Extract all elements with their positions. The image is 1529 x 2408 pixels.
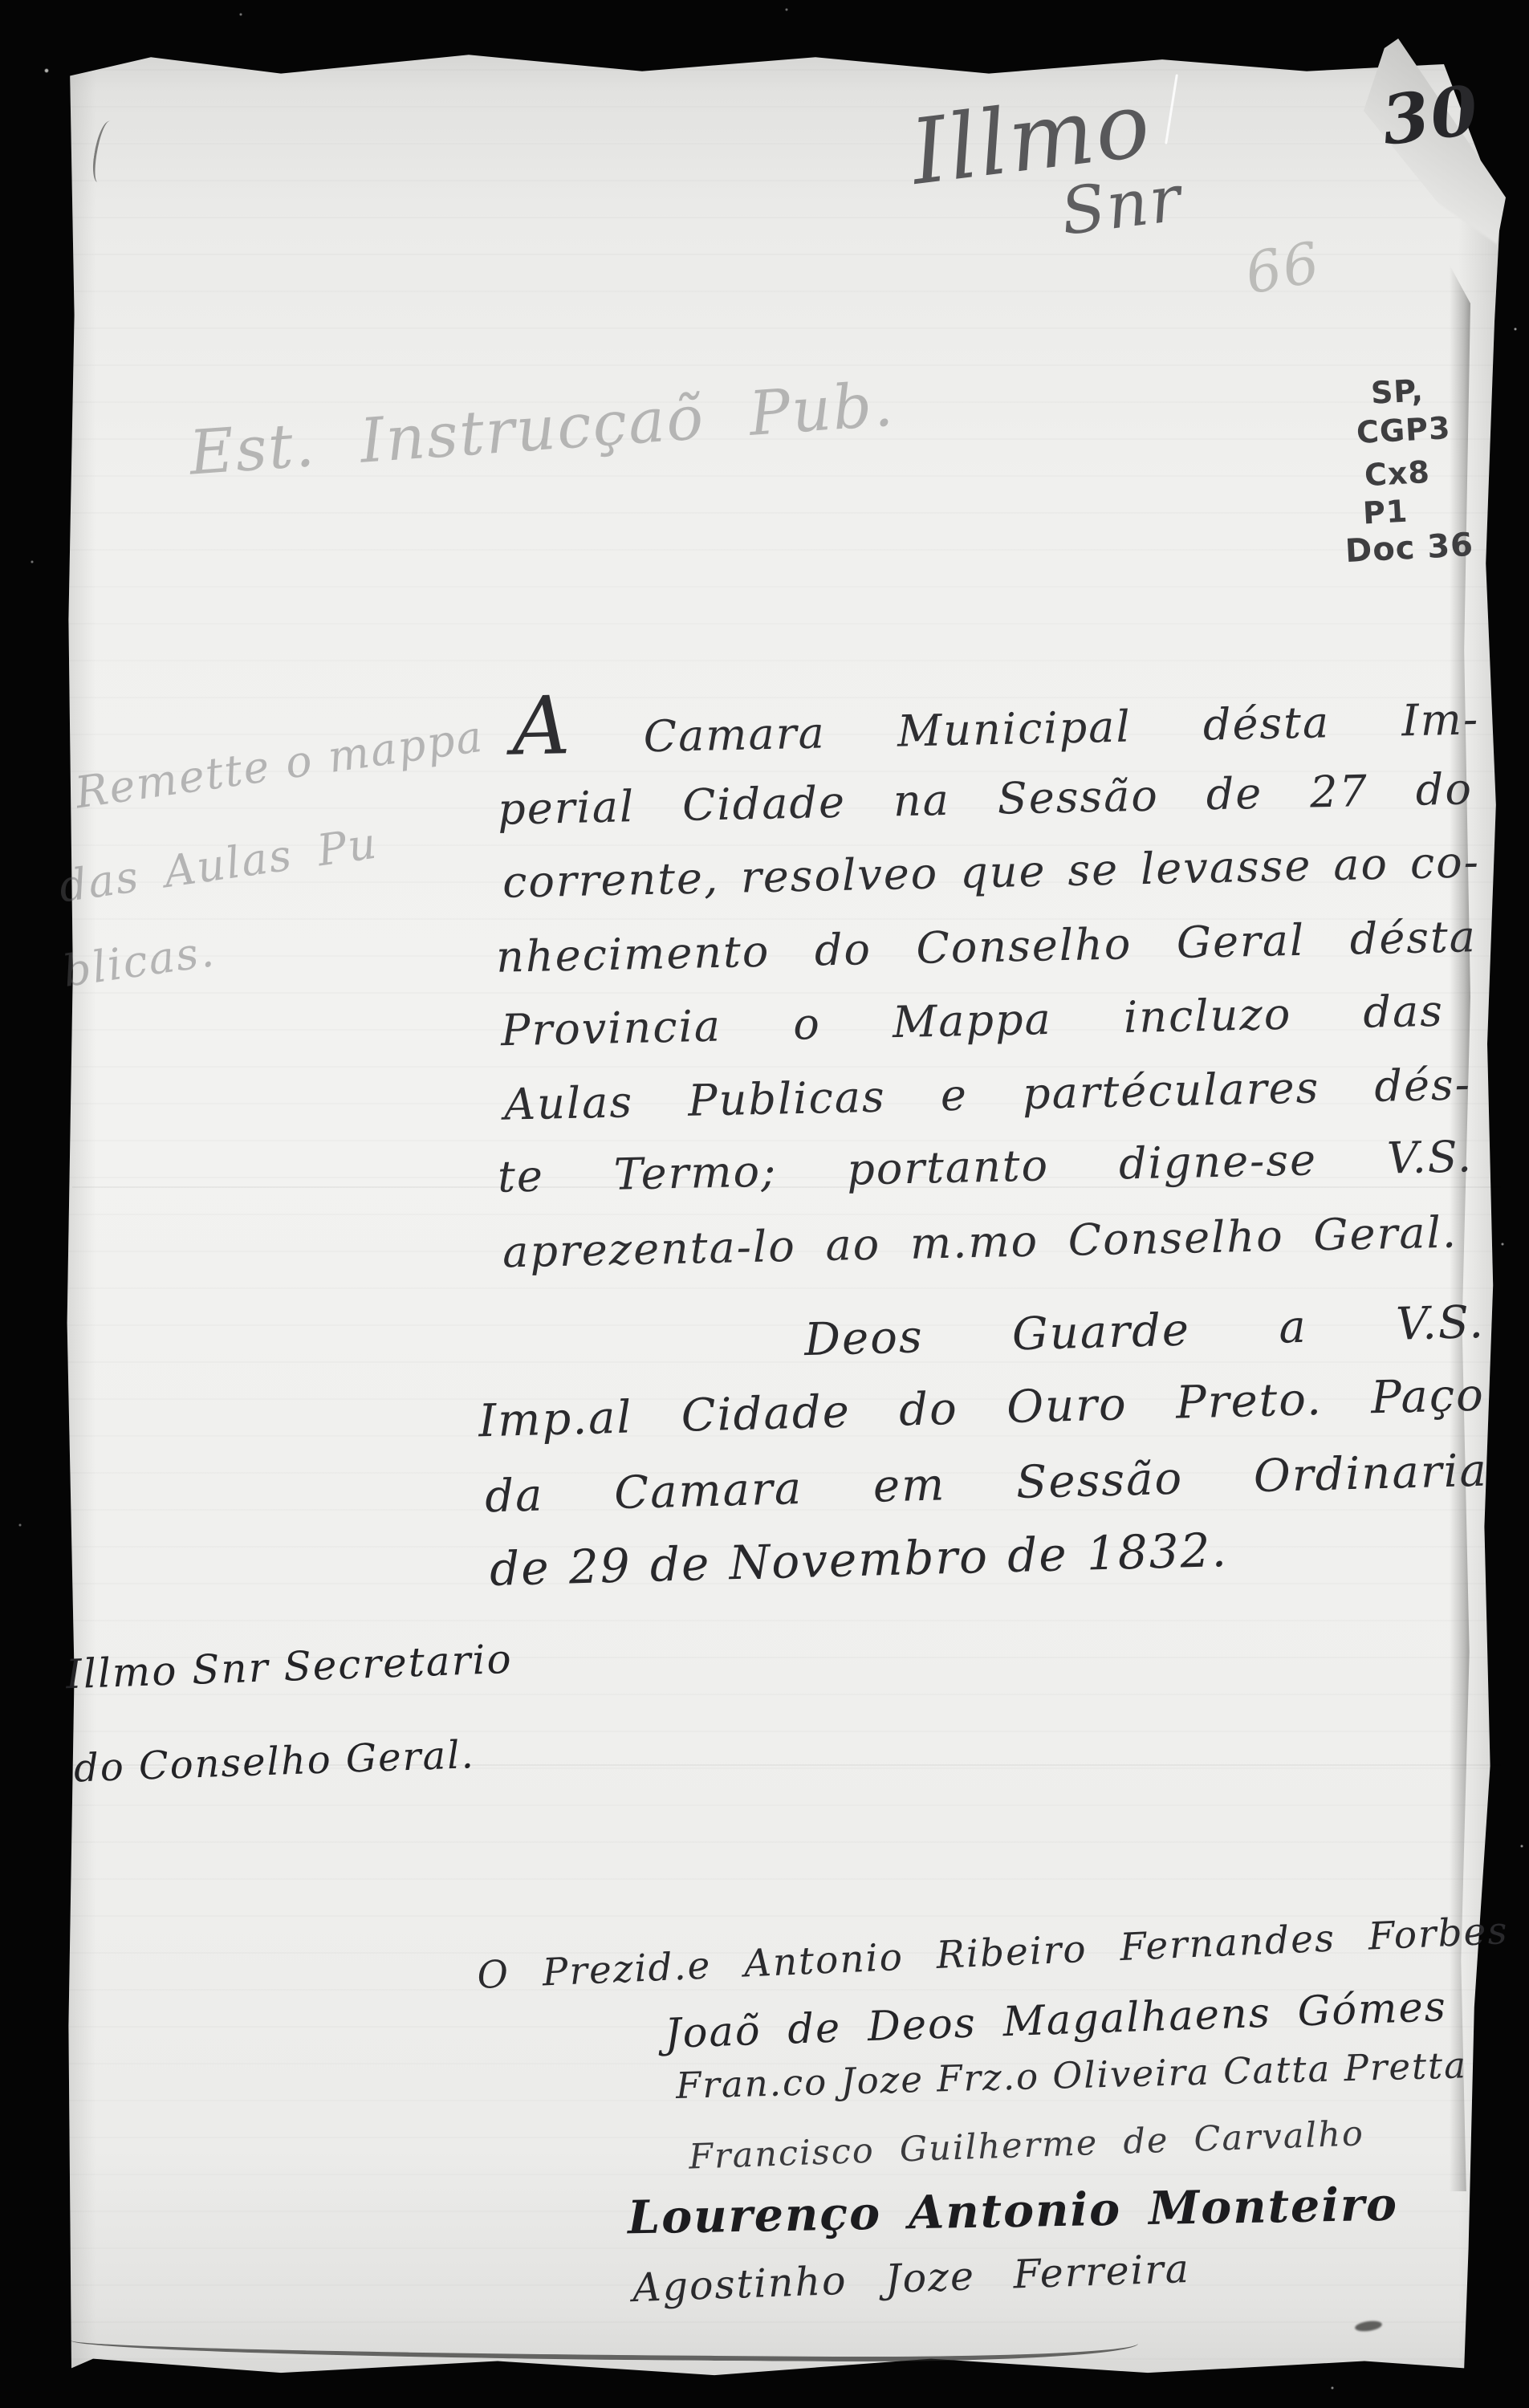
archival-ref-line: Doc 36 <box>1344 527 1474 570</box>
scanned-document-photo: Illmo Snr 30 66 Est. Instrucçaõ Pub. SP,… <box>0 0 1529 2408</box>
page-number: 30 <box>1378 73 1483 158</box>
archival-ref-line: CGP3 <box>1356 410 1452 450</box>
archival-ref-line: P1 <box>1362 494 1409 531</box>
salutation-snr: Snr <box>1057 163 1185 248</box>
faint-page-number: 66 <box>1241 232 1325 306</box>
archival-ref-line: Cx8 <box>1364 454 1431 493</box>
archival-ref-line: SP, <box>1370 372 1425 410</box>
